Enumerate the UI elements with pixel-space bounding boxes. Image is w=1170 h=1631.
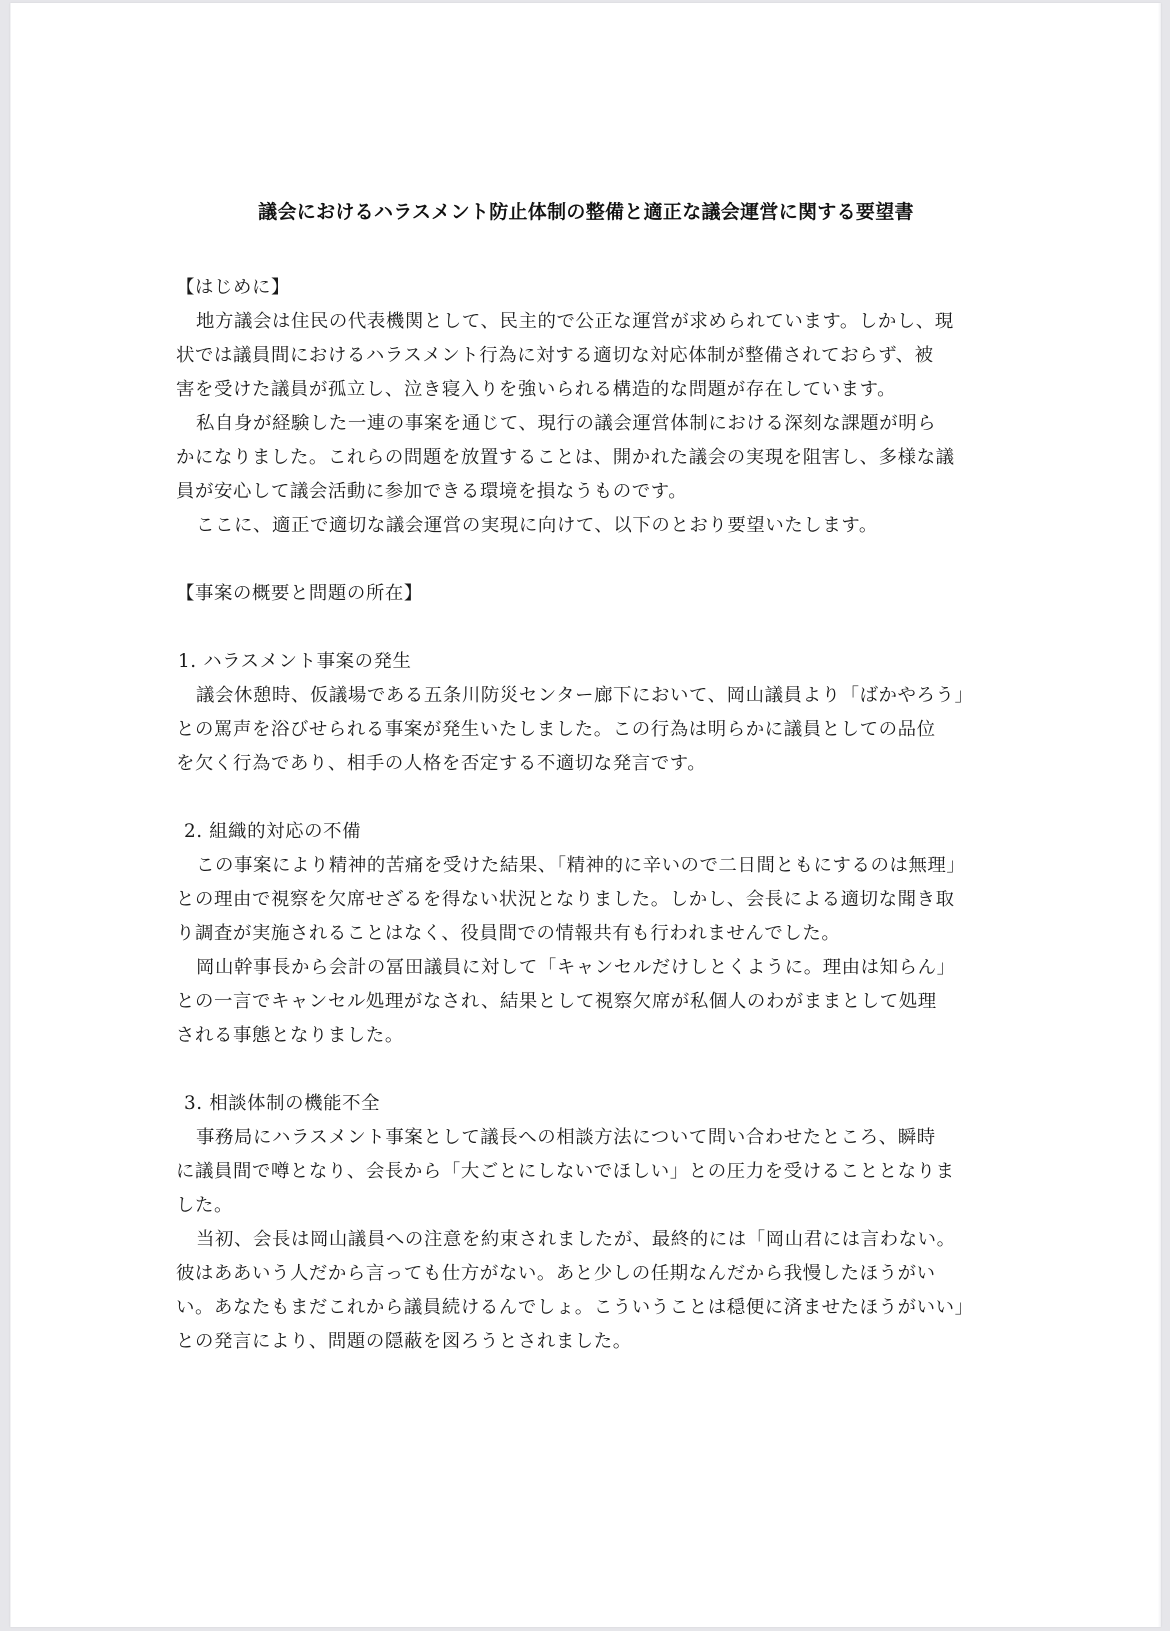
paragraph-line: される事態となりました。 — [176, 1019, 1006, 1053]
paragraph-line: との罵声を浴びせられる事案が発生いたしました。この行為は明らかに議員としての品位 — [176, 713, 1006, 747]
spacer — [176, 611, 1006, 645]
paragraph-line: との発言により、問題の隠蔽を図ろうとされました。 — [176, 1325, 1006, 1359]
document-body: 【はじめに】 地方議会は住民の代表機関として、民主的で公正な運営が求められていま… — [176, 271, 1006, 1359]
paragraph-line: かになりました。これらの問題を放置することは、開かれた議会の実現を阻害し、多様な… — [176, 441, 1006, 475]
paragraph-line: この事案により精神的苦痛を受けた結果、「精神的に辛いので二日間ともにするのは無理… — [176, 849, 1006, 883]
item-heading-1: 1. ハラスメント事案の発生 — [176, 645, 1006, 679]
paragraph-line: を欠く行為であり、相手の人格を否定する不適切な発言です。 — [176, 747, 1006, 781]
paragraph-line: 地方議会は住民の代表機関として、民主的で公正な運営が求められています。しかし、現 — [176, 305, 1006, 339]
paragraph-line: 当初、会長は岡山議員への注意を約束されましたが、最終的には「岡山君には言わない。 — [176, 1223, 1006, 1257]
section-heading-overview: 【事案の概要と問題の所在】 — [176, 577, 1006, 611]
section-heading-intro: 【はじめに】 — [176, 271, 1006, 305]
paragraph-line: り調査が実施されることはなく、役員間での情報共有も行われませんでした。 — [176, 917, 1006, 951]
paragraph-line: 状では議員間におけるハラスメント行為に対する適切な対応体制が整備されておらず、被 — [176, 339, 1006, 373]
paragraph-line: した。 — [176, 1189, 1006, 1223]
document-page: 議会におけるハラスメント防止体制の整備と適正な議会運営に関する要望書 【はじめに… — [10, 3, 1161, 1627]
paragraph-line: ここに、適正で適切な議会運営の実現に向けて、以下のとおり要望いたします。 — [176, 509, 1006, 543]
paragraph-line: 彼はああいう人だから言っても仕方がない。あと少しの任期なんだから我慢したほうがい — [176, 1257, 1006, 1291]
paragraph-line: に議員間で噂となり、会長から「大ごとにしないでほしい」との圧力を受けることとなり… — [176, 1155, 1006, 1189]
spacer — [176, 781, 1006, 815]
paragraph-line: 岡山幹事長から会計の冨田議員に対して「キャンセルだけしとくように。理由は知らん」 — [176, 951, 1006, 985]
paragraph-line: 員が安心して議会活動に参加できる環境を損なうものです。 — [176, 475, 1006, 509]
paragraph-line: 議会休憩時、仮議場である五条川防災センター廊下において、岡山議員より「ばかやろう… — [176, 679, 1006, 713]
spacer — [176, 543, 1006, 577]
paragraph-line: い。あなたもまだこれから議員続けるんでしょ。こういうことは穏便に済ませたほうがい… — [176, 1291, 1006, 1325]
document-title: 議会におけるハラスメント防止体制の整備と適正な議会運営に関する要望書 — [11, 197, 1161, 224]
item-heading-3: 3. 相談体制の機能不全 — [176, 1087, 1006, 1121]
paragraph-line: 私自身が経験した一連の事案を通じて、現行の議会運営体制における深刻な課題が明ら — [176, 407, 1006, 441]
paragraph-line: との理由で視察を欠席せざるを得ない状況となりました。しかし、会長による適切な聞き… — [176, 883, 1006, 917]
paragraph-line: との一言でキャンセル処理がなされ、結果として視察欠席が私個人のわがままとして処理 — [176, 985, 1006, 1019]
paragraph-line: 事務局にハラスメント事案として議長への相談方法について問い合わせたところ、瞬時 — [176, 1121, 1006, 1155]
paragraph-line: 害を受けた議員が孤立し、泣き寝入りを強いられる構造的な問題が存在しています。 — [176, 373, 1006, 407]
item-heading-2: 2. 組織的対応の不備 — [176, 815, 1006, 849]
spacer — [176, 1053, 1006, 1087]
